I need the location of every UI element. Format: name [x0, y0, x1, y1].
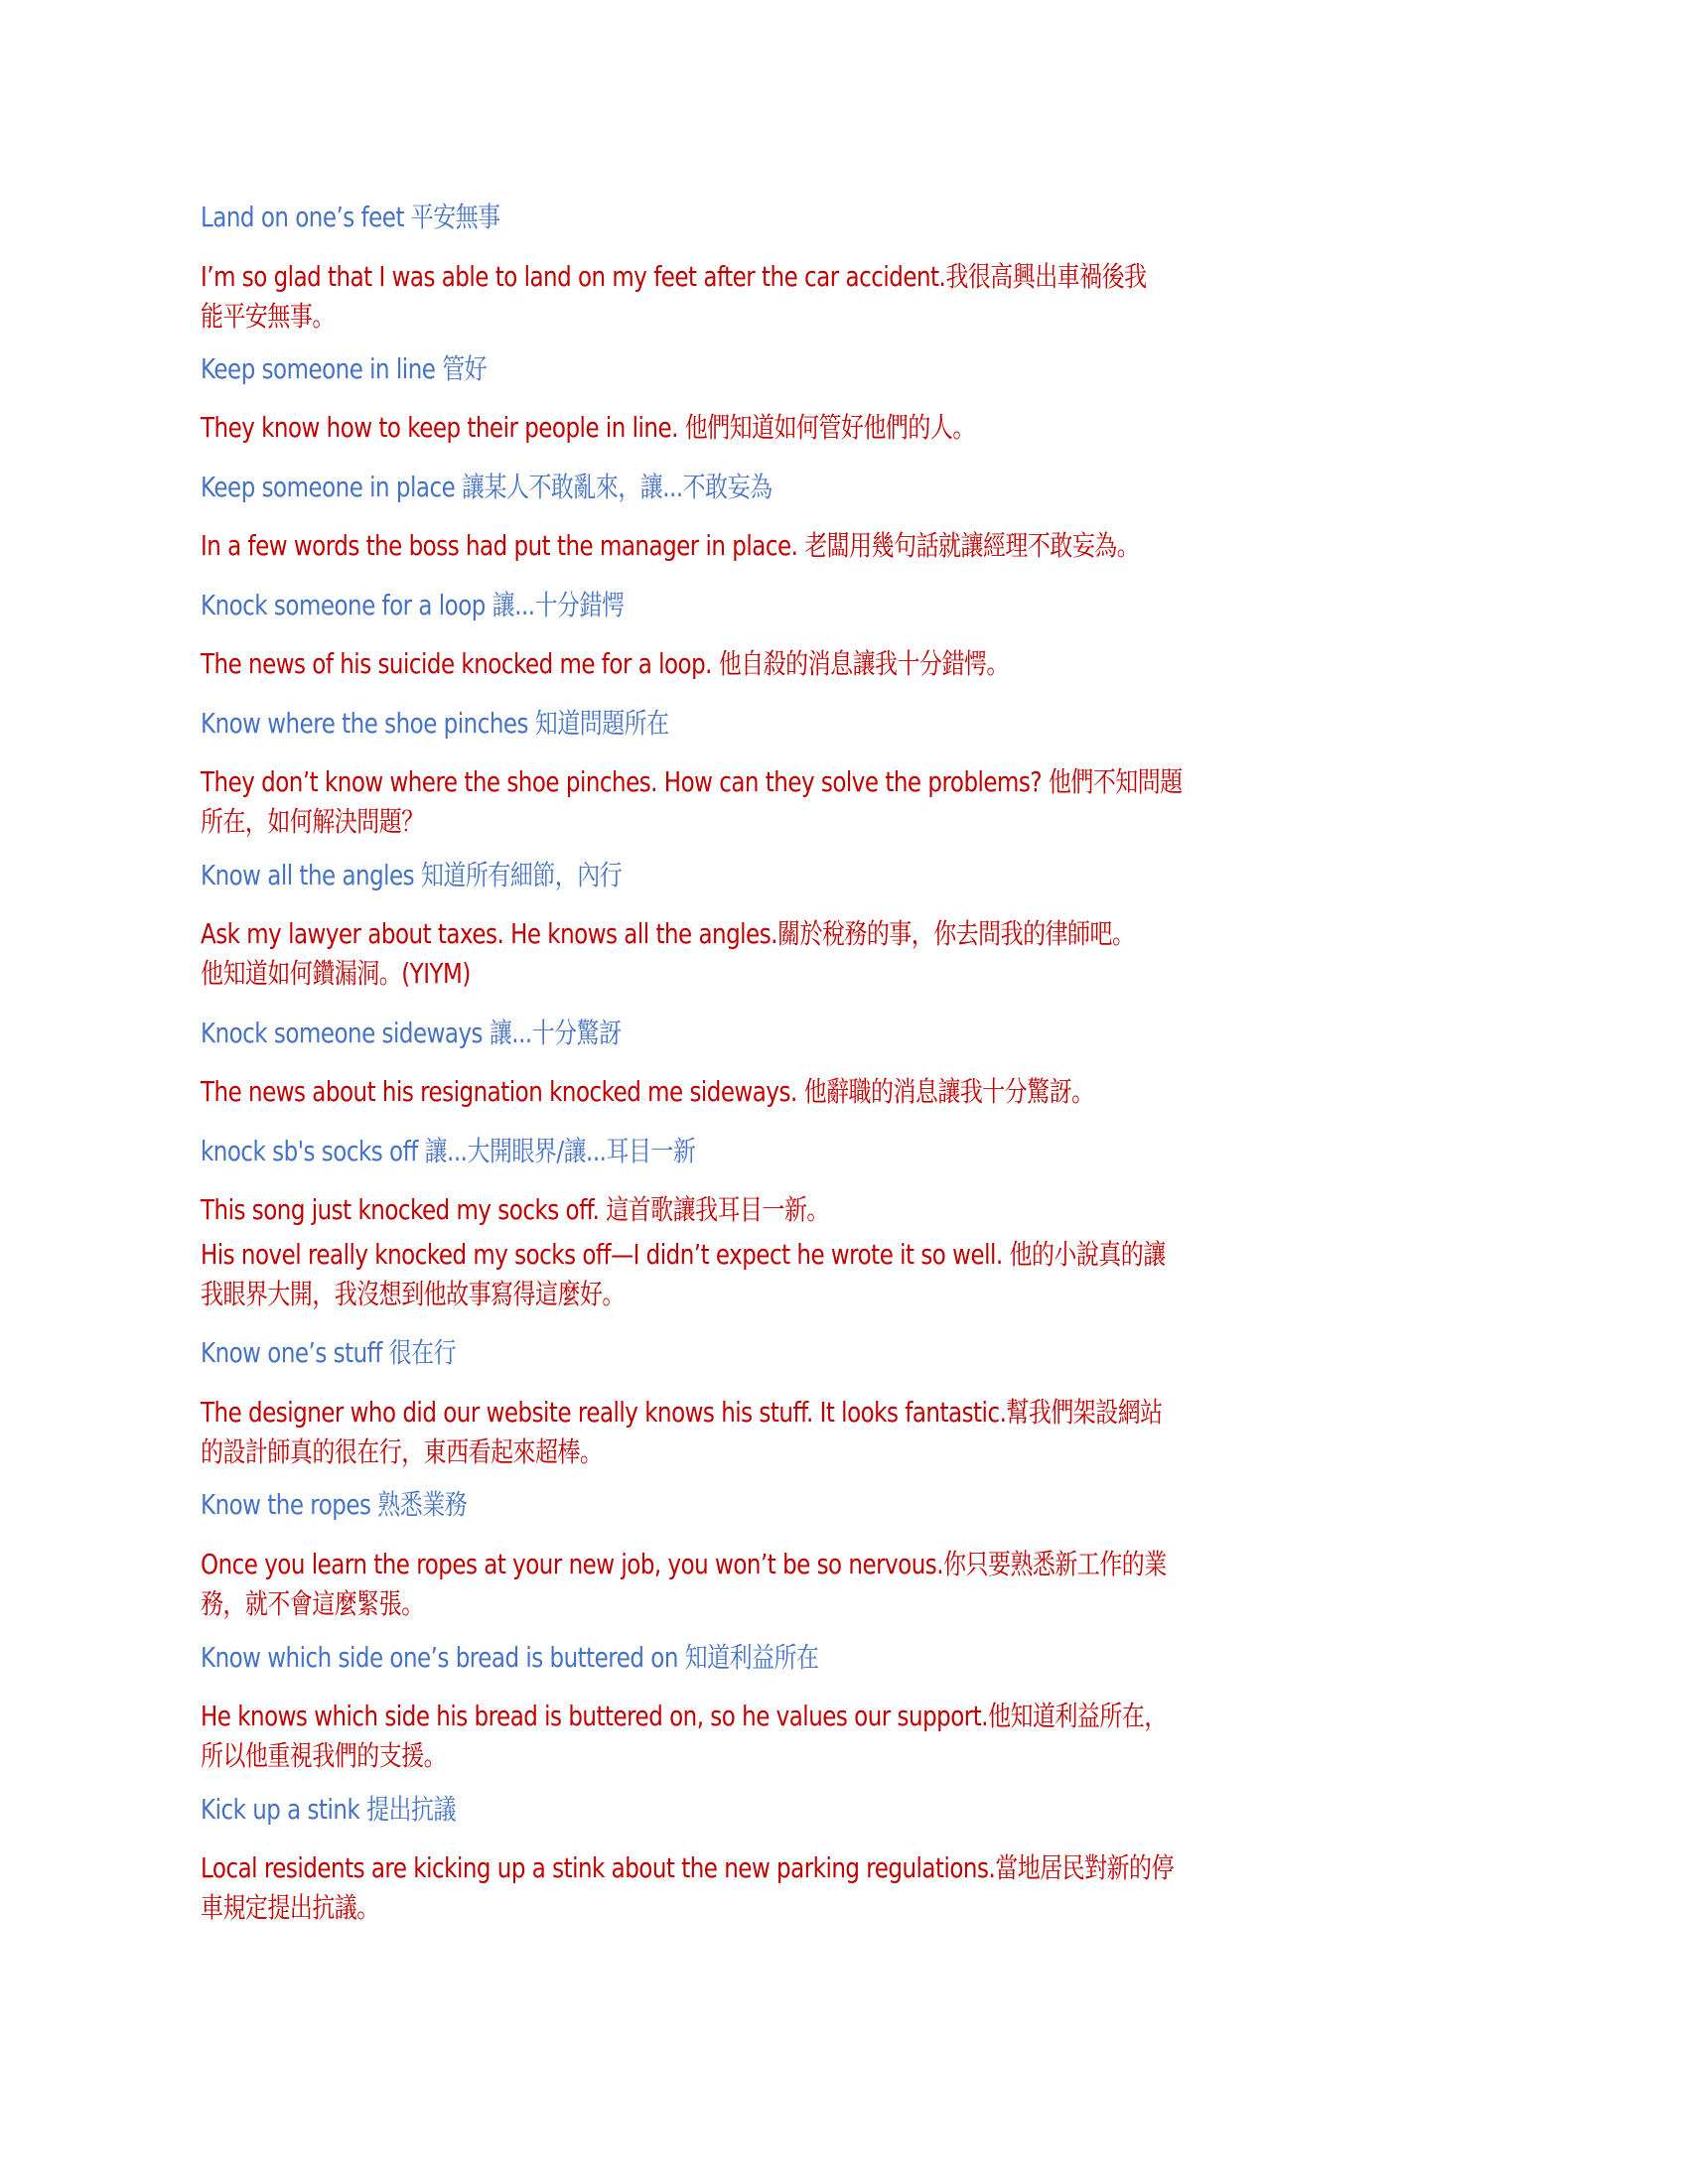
idiom-heading: Know the ropes 熟悉業務 — [201, 1485, 467, 1525]
example-sentence: Ask my lawyer about taxes. He knows all … — [201, 914, 1134, 954]
document-page: Land on one’s feet 平安無事 I’m so glad that… — [0, 0, 1688, 2184]
example-sentence: They know how to keep their people in li… — [201, 408, 975, 448]
idiom-heading: Know one’s stuff 很在行 — [201, 1333, 456, 1373]
example-sentence: 所在，如何解決問題？ — [201, 802, 424, 842]
example-sentence: In a few words the boss had put the mana… — [201, 526, 1139, 566]
example-sentence: This song just knocked my socks off. 這首歌… — [201, 1190, 829, 1230]
example-sentence: Local residents are kicking up a stink a… — [201, 1848, 1174, 1888]
example-sentence: They don’t know where the shoe pinches. … — [201, 762, 1183, 802]
example-sentence: Once you learn the ropes at your new job… — [201, 1545, 1167, 1584]
idiom-heading: Know all the angles 知道所有細節，內行 — [201, 856, 622, 895]
example-sentence: 車規定提出抗議。 — [201, 1888, 379, 1928]
idiom-heading: Know where the shoe pinches 知道問題所在 — [201, 704, 669, 744]
idiom-heading: knock sb's socks off 讓...大開眼界/讓...耳目一新 — [201, 1132, 695, 1171]
idiom-heading: Knock someone sideways 讓...十分驚訝 — [201, 1014, 622, 1053]
example-sentence: 他知道如何鑽漏洞。(YIYM) — [201, 954, 471, 994]
idiom-heading: Keep someone in place 讓某人不敢亂來，讓...不敢妄為 — [201, 468, 773, 507]
example-sentence: 我眼界大開，我沒想到他故事寫得這麼好。 — [201, 1275, 625, 1314]
idiom-heading: Kick up a stink 提出抗議 — [201, 1790, 456, 1830]
idiom-heading: Land on one’s feet 平安無事 — [201, 198, 500, 237]
example-sentence: 能平安無事。 — [201, 297, 335, 337]
example-sentence: The news about his resignation knocked m… — [201, 1072, 1094, 1112]
example-sentence: 的設計師真的很在行，東西看起來超棒。 — [201, 1433, 602, 1472]
example-sentence: His novel really knocked my socks off—I … — [201, 1235, 1166, 1275]
example-sentence: The news of his suicide knocked me for a… — [201, 644, 1009, 684]
example-sentence: 所以他重視我們的支援。 — [201, 1736, 446, 1776]
example-sentence: The designer who did our website really … — [201, 1393, 1163, 1433]
example-sentence: I’m so glad that I was able to land on m… — [201, 257, 1147, 297]
idiom-heading: Know which side one’s bread is buttered … — [201, 1638, 818, 1678]
example-sentence: He knows which side his bread is buttere… — [201, 1697, 1167, 1736]
idiom-heading: Keep someone in line 管好 — [201, 349, 487, 389]
idiom-heading: Knock someone for a loop 讓...十分錯愕 — [201, 586, 624, 625]
example-sentence: 務，就不會這麼緊張。 — [201, 1584, 424, 1624]
